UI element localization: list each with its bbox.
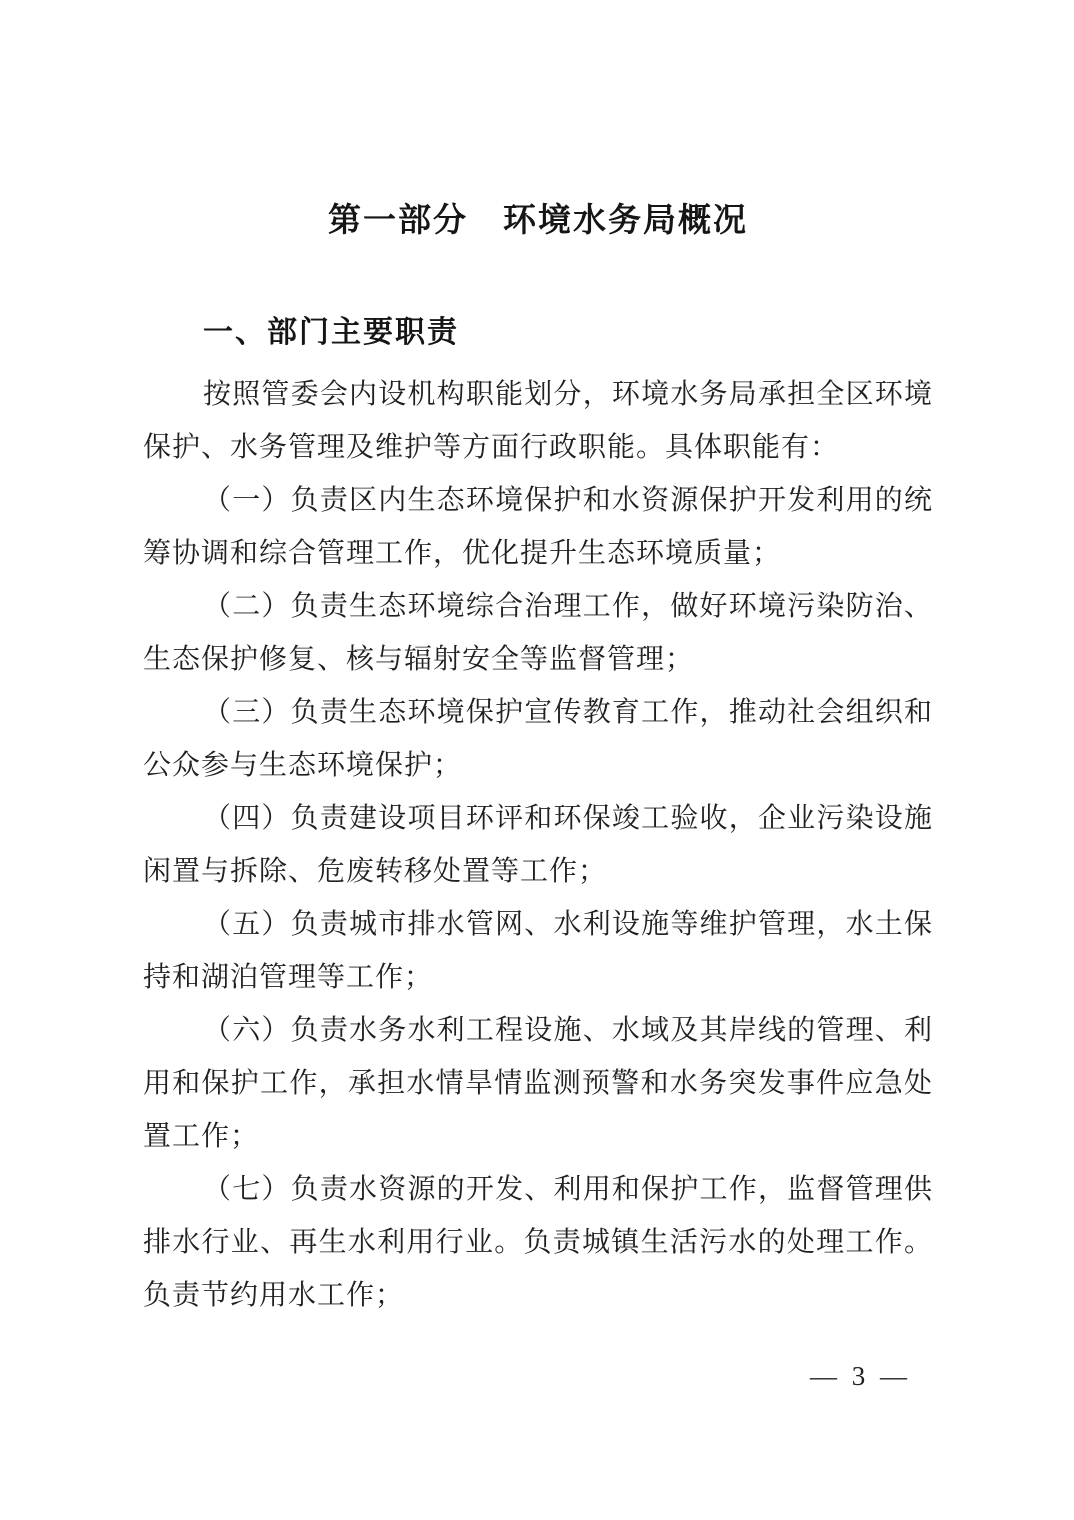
page-number: — 3 — [810,1361,911,1392]
paragraph-duty-7: （七）负责水资源的开发、利用和保护工作，监督管理供排水行业、再生水利用行业。负责… [143,1163,933,1322]
paragraph-duty-6: （六）负责水务水利工程设施、水域及其岸线的管理、利用和保护工作，承担水情旱情监测… [143,1004,933,1163]
paragraph-duty-2: （二）负责生态环境综合治理工作，做好环境污染防治、生态保护修复、核与辐射安全等监… [143,580,933,686]
section-heading: 一、部门主要职责 [203,315,933,351]
paragraph-duty-3: （三）负责生态环境保护宣传教育工作，推动社会组织和公众参与生态环境保护； [143,686,933,792]
document-title: 第一部分 环境水务局概况 [143,198,933,242]
document-page: 第一部分 环境水务局概况 一、部门主要职责 按照管委会内设机构职能划分，环境水务… [0,0,1074,1520]
paragraph-duty-1: （一）负责区内生态环境保护和水资源保护开发利用的统筹协调和综合管理工作，优化提升… [143,474,933,580]
paragraph-duty-4: （四）负责建设项目环评和环保竣工验收，企业污染设施闲置与拆除、危废转移处置等工作… [143,792,933,898]
paragraph-duty-5: （五）负责城市排水管网、水利设施等维护管理，水土保持和湖泊管理等工作； [143,898,933,1004]
document-body: 按照管委会内设机构职能划分，环境水务局承担全区环境保护、水务管理及维护等方面行政… [143,368,933,1322]
paragraph-intro: 按照管委会内设机构职能划分，环境水务局承担全区环境保护、水务管理及维护等方面行政… [143,368,933,474]
